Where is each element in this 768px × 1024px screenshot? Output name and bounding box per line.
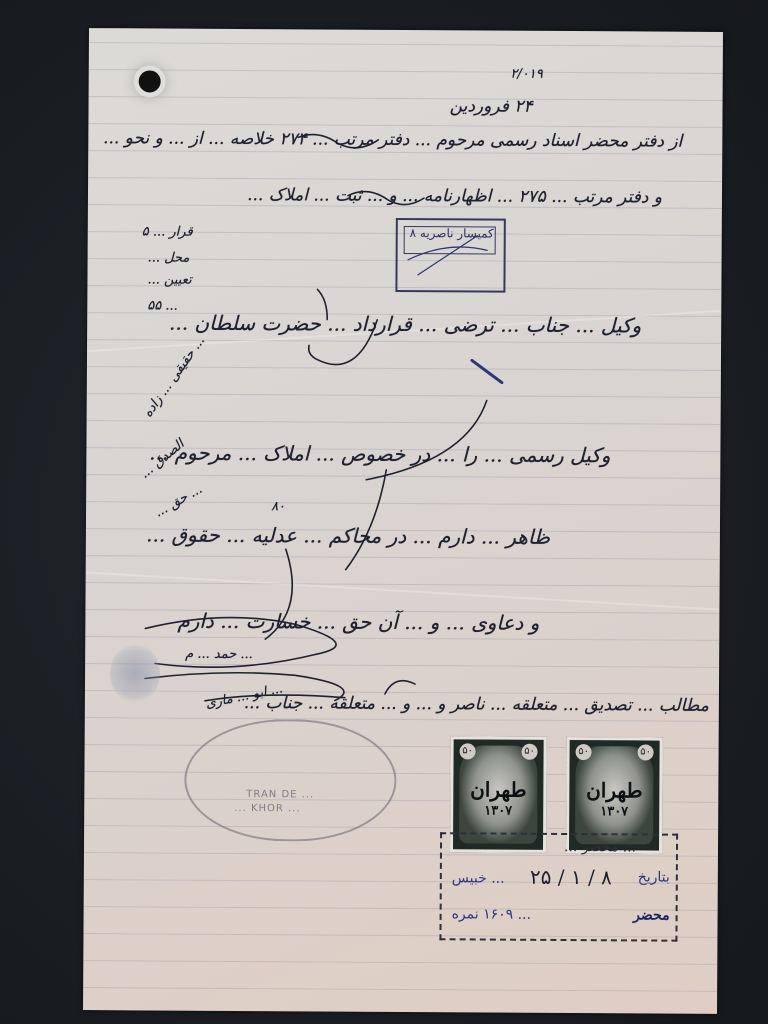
stamp-denomination: ۵۰ bbox=[522, 744, 538, 760]
stamp-denomination: ۵۰ bbox=[460, 743, 476, 759]
notary-oval-seal: TRAN DE ... ... KHOR ... bbox=[184, 719, 397, 842]
cancellation-stamp: ... محضر ... بتاریخ ۲۵ / ۱ / ۸ ... خبیس … bbox=[439, 832, 678, 941]
oval-seal-text: TRAN DE ... bbox=[246, 789, 314, 800]
personal-seal bbox=[110, 643, 160, 703]
stamp-overprint: طهران bbox=[453, 777, 543, 802]
stamp-overprint: طهران bbox=[569, 778, 659, 803]
oval-seal-text: ... KHOR ... bbox=[234, 803, 300, 814]
stamp-overprint-year: ۱۳۰۷ bbox=[569, 804, 659, 820]
cancellation-line-3: ... ۱۶۰۹ نمره bbox=[452, 906, 531, 922]
cancellation-date-label: بتاریخ bbox=[638, 869, 670, 885]
document-sheet: ۲/۰۱۹ ۲۴ فروردین از دفتر محضر اسناد رسمی… bbox=[83, 28, 723, 1014]
cancellation-mark: محضر bbox=[633, 907, 670, 923]
cancellation-line-1: ... محضر ... bbox=[564, 839, 636, 855]
registry-box-stamp: کمیسار ناصریه ۸ bbox=[395, 218, 505, 293]
stamp-denomination: ۵۰ bbox=[638, 744, 654, 760]
cancellation-line-2: ... خبیس bbox=[452, 870, 505, 886]
cancellation-date: ۲۵ / ۱ / ۸ bbox=[530, 865, 612, 889]
stamp-denomination: ۵۰ bbox=[576, 744, 592, 760]
seal-caption: ... حمد ... م bbox=[185, 647, 253, 662]
stamp-overprint-year: ۱۳۰۷ bbox=[453, 803, 543, 819]
box-stamp-text: کمیسار ناصریه ۸ bbox=[410, 226, 494, 241]
